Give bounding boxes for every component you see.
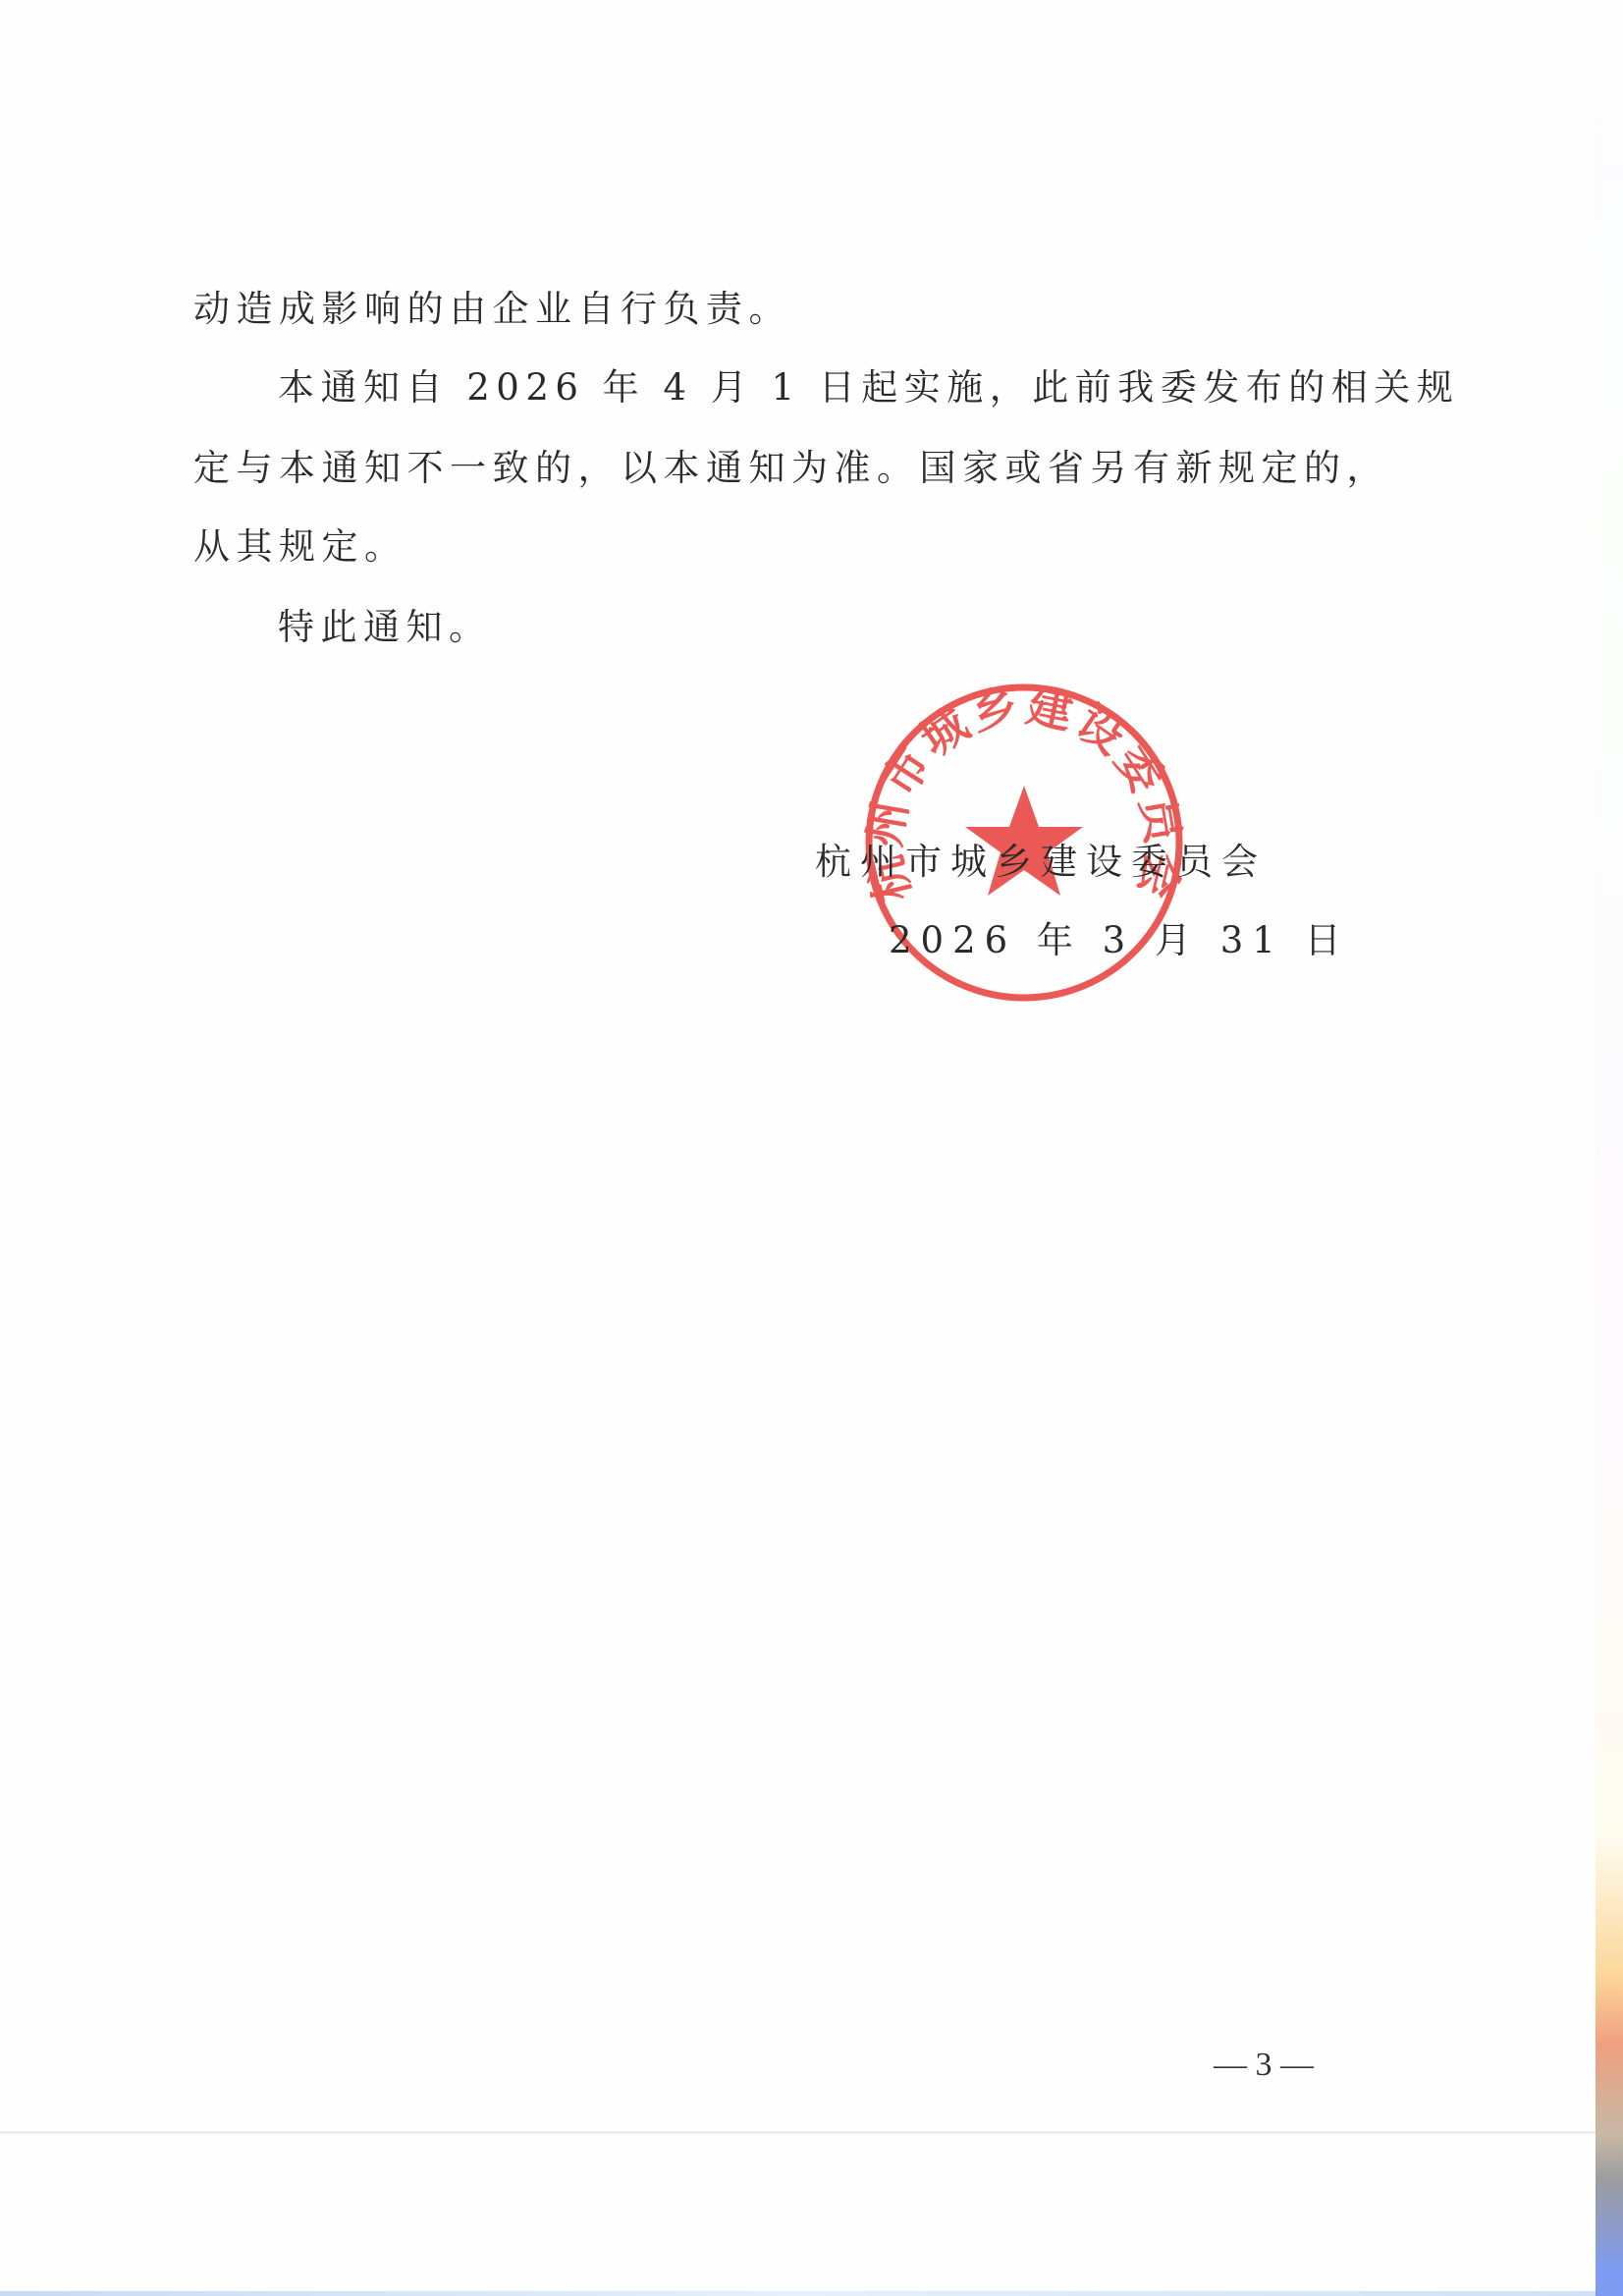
page-divider bbox=[0, 2131, 1596, 2134]
signature-organization: 杭州市城乡建设委员会 bbox=[815, 841, 1267, 884]
body-line-2: 本通知自 2026 年 4 月 1 日起实施，此前我委发布的相关规 bbox=[278, 366, 1459, 410]
closing-line: 特此通知。 bbox=[278, 606, 492, 649]
scan-edge-strip bbox=[1596, 0, 1623, 2296]
page-number: — 3 — bbox=[1214, 2047, 1314, 2084]
body-line-3: 定与本通知不一致的，以本通知为准。国家或省另有新规定的， bbox=[193, 447, 1389, 490]
body-line-1: 动造成影响的由企业自行负责。 bbox=[193, 288, 791, 331]
signature-date: 2026 年 3 月 31 日 bbox=[889, 919, 1350, 962]
bottom-edge bbox=[0, 2291, 1596, 2296]
document-page: 动造成影响的由企业自行负责。 本通知自 2026 年 4 月 1 日起实施，此前… bbox=[0, 0, 1596, 2296]
body-line-4: 从其规定。 bbox=[193, 525, 407, 569]
